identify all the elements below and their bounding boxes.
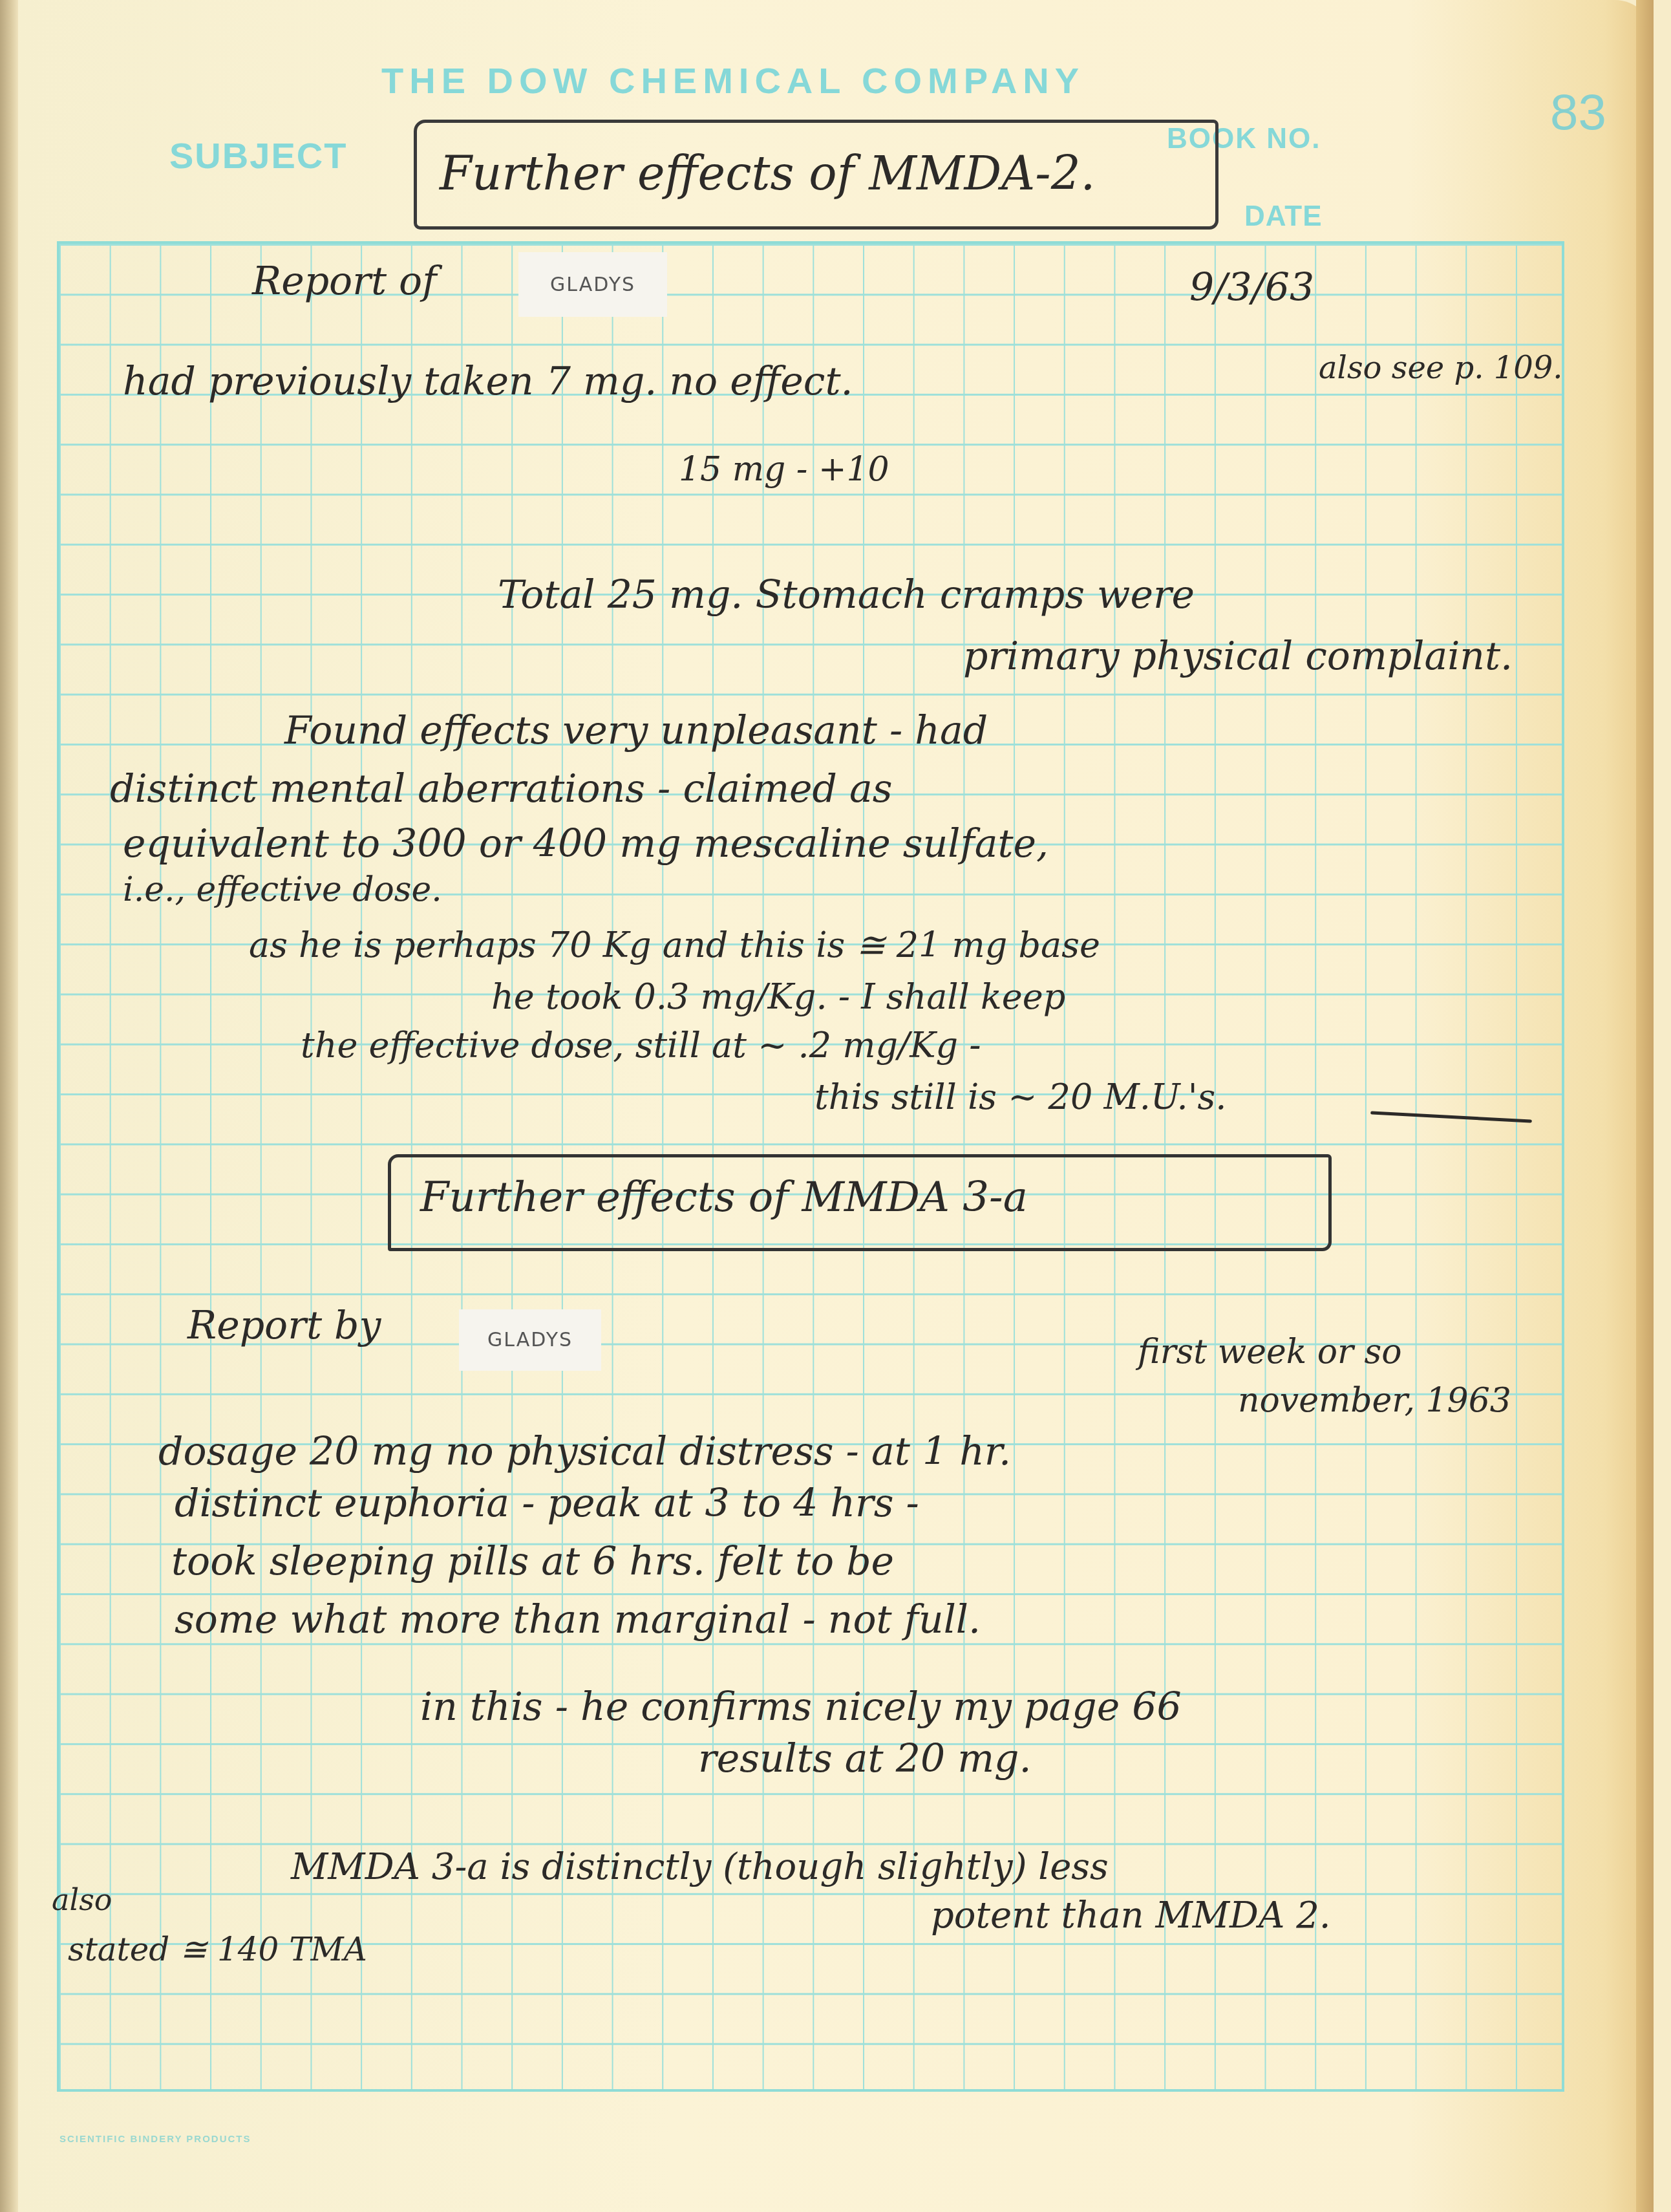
- name-label-2: GLADYS: [459, 1309, 601, 1371]
- entry1-line: primary physical complaint.: [963, 637, 1513, 676]
- entry1-line: Total 25 mg. Stomach cramps were: [498, 575, 1195, 614]
- margin-note-also: also: [52, 1885, 112, 1915]
- notebook-binding: [0, 0, 18, 2212]
- entry2-line: MMDA 3-a is distinctly (though slightly)…: [291, 1849, 1109, 1885]
- entry2-date-line1: first week or so: [1138, 1335, 1401, 1369]
- entry2-line: results at 20 mg.: [698, 1739, 1032, 1778]
- bindery-imprint: SCIENTIFIC BINDERY PRODUCTS: [59, 2134, 251, 2145]
- subject-label: SUBJECT: [169, 134, 347, 177]
- entry1-line: distinct mental aberrations - claimed as: [110, 769, 893, 808]
- entry2-line: distinct euphoria - peak at 3 to 4 hrs -: [175, 1484, 919, 1523]
- entry1-line: equivalent to 300 or 400 mg mescaline su…: [123, 824, 1048, 863]
- entry1-line: the effective dose, still at ~ .2 mg/Kg …: [301, 1028, 981, 1063]
- entry1-line: had previously taken 7 mg. no effect.: [123, 362, 853, 401]
- entry2-line: dosage 20 mg no physical distress - at 1…: [158, 1432, 1011, 1471]
- entry1-line: Found effects very unpleasant - had: [284, 711, 988, 750]
- company-header: THE DOW CHEMICAL COMPANY: [381, 59, 1254, 102]
- page-edge: [1636, 0, 1654, 2212]
- margin-note-tma: stated ≅ 140 TMA: [68, 1933, 367, 1966]
- entry1-line: 15 mg - +10: [679, 453, 889, 486]
- entry2-heading: Further effects of MMDA 3-a: [420, 1177, 1028, 1218]
- entry1-line: he took 0.3 mg/Kg. - I shall keep: [491, 980, 1065, 1015]
- entry2-line: in this - he confirms nicely my page 66: [420, 1688, 1182, 1726]
- entry1-line: this still is ~ 20 M.U.'s.: [814, 1080, 1226, 1115]
- entry1-line: as he is perhaps 70 Kg and this is ≅ 21 …: [249, 928, 1100, 963]
- name-label-1: GLADYS: [518, 252, 667, 317]
- report-of-text: Report of: [252, 262, 436, 301]
- entry2-line: took sleeping pills at 6 hrs. felt to be: [171, 1542, 894, 1581]
- cross-reference: also see p. 109.: [1319, 352, 1563, 383]
- subject-value: Further effects of MMDA-2.: [440, 150, 1095, 197]
- page-number: 83: [1550, 83, 1606, 142]
- report-by-text: Report by: [187, 1306, 381, 1345]
- entry2-line: potent than MMDA 2.: [931, 1898, 1331, 1934]
- entry1-line: i.e., effective dose.: [123, 873, 442, 907]
- entry2-line: some what more than marginal - not full.: [175, 1600, 981, 1639]
- entry1-date: 9/3/63: [1189, 268, 1314, 307]
- date-label: DATE: [1244, 200, 1323, 233]
- entry2-date-line2: november, 1963: [1238, 1384, 1511, 1417]
